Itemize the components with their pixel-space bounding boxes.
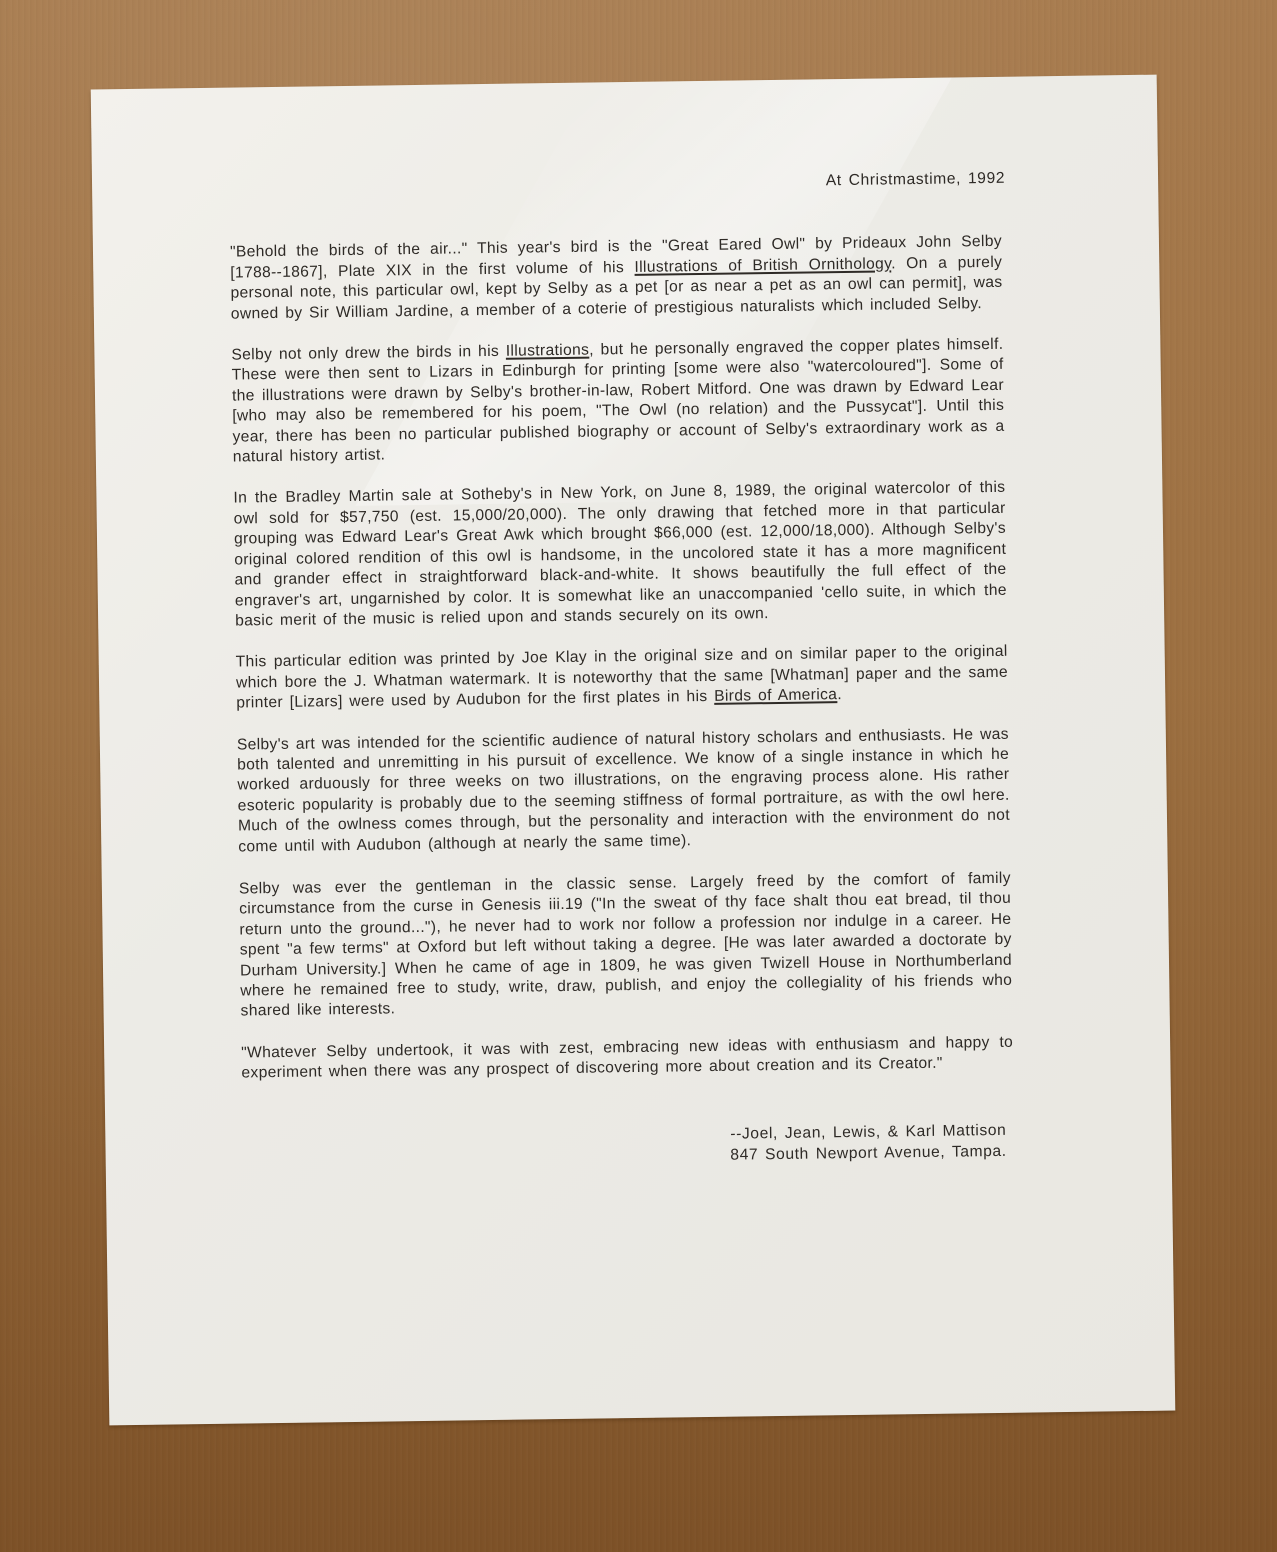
paragraph-text: "Whatever Selby undertook, it was with z… xyxy=(241,1034,1013,1082)
signature-block: --Joel, Jean, Lewis, & Karl Mattison 847… xyxy=(242,1119,1007,1172)
underlined-title: Birds of America xyxy=(714,686,837,705)
paragraph-intro: "Behold the birds of the air..." This ye… xyxy=(230,232,1003,324)
paragraph-gentleman: Selby was ever the gentleman in the clas… xyxy=(239,869,1013,1023)
paragraph-text: In the Bradley Martin sale at Sotheby's … xyxy=(233,479,1007,629)
paragraph-text: . xyxy=(837,686,842,703)
paragraph-text: This particular edition was printed by J… xyxy=(236,643,1008,712)
dateline: At Christmastime, 1992 xyxy=(229,169,1005,200)
underlined-title: Illustrations of British Ornithology xyxy=(634,255,891,276)
paragraph-auction: In the Bradley Martin sale at Sotheby's … xyxy=(233,478,1007,632)
paragraph-text: Selby's art was intended for the scienti… xyxy=(237,725,1010,855)
underlined-title: Illustrations xyxy=(506,342,590,360)
letter-sheet: At Christmastime, 1992 "Behold the birds… xyxy=(91,75,1176,1426)
paragraph-text: Selby not only drew the birds in his xyxy=(231,343,506,364)
paragraph-art: Selby's art was intended for the scienti… xyxy=(237,724,1011,857)
paragraph-engraving: Selby not only drew the birds in his Ill… xyxy=(231,335,1005,468)
letter-body: At Christmastime, 1992 "Behold the birds… xyxy=(229,169,1015,1172)
paragraph-quote: "Whatever Selby undertook, it was with z… xyxy=(241,1033,1013,1085)
paragraph-edition: This particular edition was printed by J… xyxy=(236,642,1009,714)
paragraph-text: Selby was ever the gentleman in the clas… xyxy=(239,870,1013,1020)
